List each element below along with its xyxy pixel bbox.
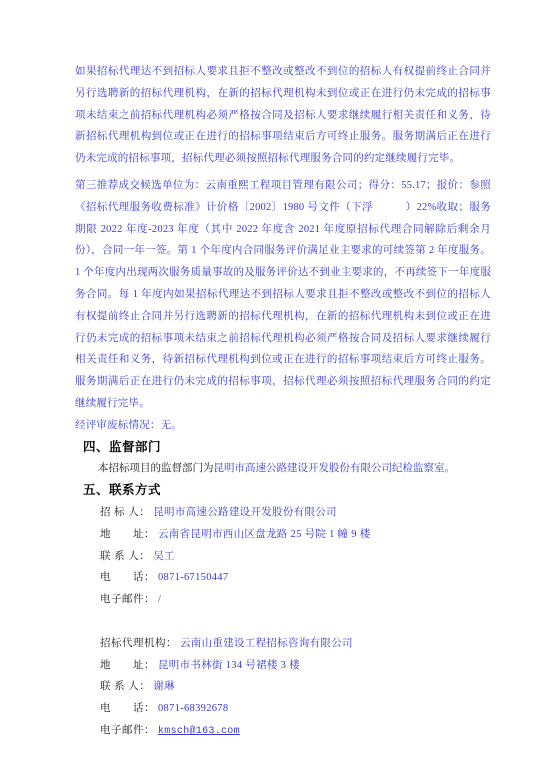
tenderer-address-label: 地 址： (100, 529, 155, 540)
agency-address-value: 昆明市书林街 134 号裙楼 3 楼 (155, 660, 300, 671)
tenderer-name-label: 招 标 人： (100, 507, 150, 518)
agency-email-link[interactable]: kmsch@163.com (155, 726, 240, 737)
tenderer-email-value: / (155, 594, 161, 605)
paragraph-agency-obligation: 如果招标代理达不到招标人要求且拒不整改或整改不到位的招标人有权提前终止合同并另行… (75, 61, 491, 170)
agency-address-label: 地 址： (100, 660, 155, 671)
tenderer-address-row: 地 址：云南省昆明市西山区盘龙路 25 号院 1 幢 9 楼 (75, 524, 491, 546)
tenderer-contact-person-label: 联 系 人： (100, 551, 150, 562)
supervision-department-name: 昆明市高速公路建设开发股份有限公司纪检监察室。 (214, 463, 456, 474)
agency-phone-label: 电 话： (100, 703, 155, 714)
agency-contact-person-row: 联 系 人：谢琳 (75, 676, 491, 698)
document-content: 如果招标代理达不到招标人要求且拒不整改或整改不到位的招标人有权提前终止合同并另行… (0, 0, 554, 743)
tenderer-contact-person-value: 吴工 (150, 551, 175, 562)
agency-contact-person-label: 联 系 人： (100, 681, 150, 692)
supervision-prefix-text: 本招标项目的监督部门为 (98, 463, 214, 474)
agency-name-row: 招标代理机构：云南山重建设工程招标咨询有限公司 (75, 633, 491, 655)
tenderer-phone-label: 电 话： (100, 572, 155, 583)
heading-contact-info: 五、联系方式 (75, 480, 491, 502)
agency-email-row: 电子邮件：kmsch@163.com (75, 720, 491, 743)
agency-name-value: 云南山重建设工程招标咨询有限公司 (177, 638, 353, 649)
tenderer-address-value: 云南省昆明市西山区盘龙路 25 号院 1 幢 9 楼 (155, 529, 371, 540)
tenderer-contact-person-row: 联 系 人：吴工 (75, 546, 491, 568)
tenderer-email-row: 电子邮件：/ (75, 589, 491, 611)
agency-email-label: 电子邮件： (100, 725, 155, 736)
block-spacer (75, 611, 491, 633)
agency-name-label: 招标代理机构： (100, 638, 177, 649)
tenderer-email-label: 电子邮件： (100, 594, 155, 605)
supervision-department-line: 本招标项目的监督部门为昆明市高速公路建设开发股份有限公司纪检监察室。 (75, 458, 491, 480)
document-page: 如果招标代理达不到招标人要求且拒不整改或整改不到位的招标人有权提前终止合同并另行… (0, 0, 554, 783)
tenderer-name-value: 昆明市高速公路建设开发股份有限公司 (150, 507, 337, 518)
paragraph-rejected-bids: 经评审废标情况：无。 (75, 415, 491, 437)
agency-contact-person-value: 谢琳 (150, 681, 175, 692)
tenderer-phone-value: 0871-67150447 (155, 572, 228, 583)
agency-address-row: 地 址：昆明市书林街 134 号裙楼 3 楼 (75, 655, 491, 677)
paragraph-third-candidate: 第三推荐成交候选单位为：云南重熙工程项目管理有限公司；得分：55.17；报价：参… (75, 175, 491, 415)
heading-supervision-department: 四、监督部门 (75, 437, 491, 459)
agency-phone-value: 0871-68392678 (155, 703, 228, 714)
tenderer-name-row: 招 标 人：昆明市高速公路建设开发股份有限公司 (75, 502, 491, 524)
agency-phone-row: 电 话：0871-68392678 (75, 698, 491, 720)
tenderer-phone-row: 电 话：0871-67150447 (75, 567, 491, 589)
